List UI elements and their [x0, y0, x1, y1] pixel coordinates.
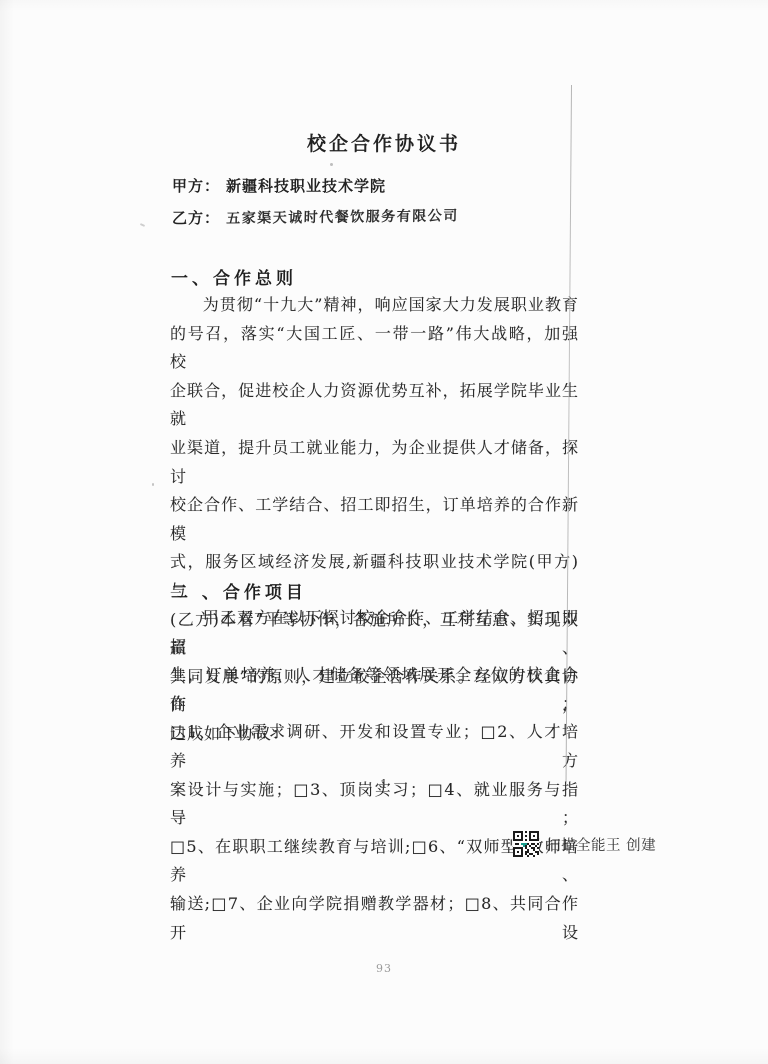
qr-code-icon: [513, 831, 539, 857]
party-a-name: 新疆科技职业技术学院: [226, 177, 386, 195]
party-a-label: 甲方：: [172, 177, 220, 195]
paragraph-line: 企联合，促进校企人力资源优势互补，拓展学院毕业生就: [170, 377, 579, 434]
paragraph-line: 为贯彻“十九大”精神，响应国家大力发展职业教育: [170, 291, 579, 320]
paragraph-line: 业渠道，提升员工就业能力，为企业提供人才储备，探讨: [170, 434, 579, 491]
page-number: 1: [0, 777, 768, 791]
party-b-row: 乙方：五家渠天诚时代餐饮服务有限公司: [172, 207, 459, 228]
scan-artifact: [152, 483, 154, 486]
scan-artifact: [140, 223, 145, 227]
section-1-heading: 一、合作总则: [171, 264, 297, 289]
party-a-row: 甲方：新疆科技职业技术学院: [172, 175, 386, 196]
scanned-document-page: 校企合作协议书 甲方：新疆科技职业技术学院 乙方：五家渠天诚时代餐饮服务有限公司…: [0, 0, 768, 1064]
sheet-number: 93: [0, 962, 768, 975]
paragraph-line: 输送;□7、企业向学院捐赠教学器材；□8、共同合作开设: [170, 890, 579, 947]
paragraph-line: 的号召，落实“大国工匠、一带一路”伟大战略，加强校: [170, 320, 579, 377]
camscanner-label: 扫描全能王 创建: [546, 834, 656, 855]
party-b-label: 乙方：: [172, 209, 220, 227]
section-2-paragraph: 甲乙双方在以下探讨校企合作、工学结合、招工即招 生，订单培养，人才储备等领域展开…: [170, 604, 579, 947]
section-2-heading: 二 、合作项目: [171, 578, 307, 603]
paragraph-line: □1、企业需求调研、开发和设置专业；□2、人才培养方: [170, 718, 579, 775]
paragraph-line: 生，订单培养，人才储备等领域展开全方位的校企合作；: [170, 661, 579, 718]
scan-artifact: [330, 163, 333, 166]
document-title: 校企合作协议书: [0, 129, 768, 156]
camscanner-stamp: 扫描全能王 创建: [513, 831, 656, 857]
paragraph-line: 校企合作、工学结合、招工即招生，订单培养的合作新模: [170, 491, 579, 548]
party-b-name-handwritten: 五家渠天诚时代餐饮服务有限公司: [226, 205, 459, 228]
paragraph-line: 甲乙双方在以下探讨校企合作、工学结合、招工即招: [170, 604, 579, 661]
